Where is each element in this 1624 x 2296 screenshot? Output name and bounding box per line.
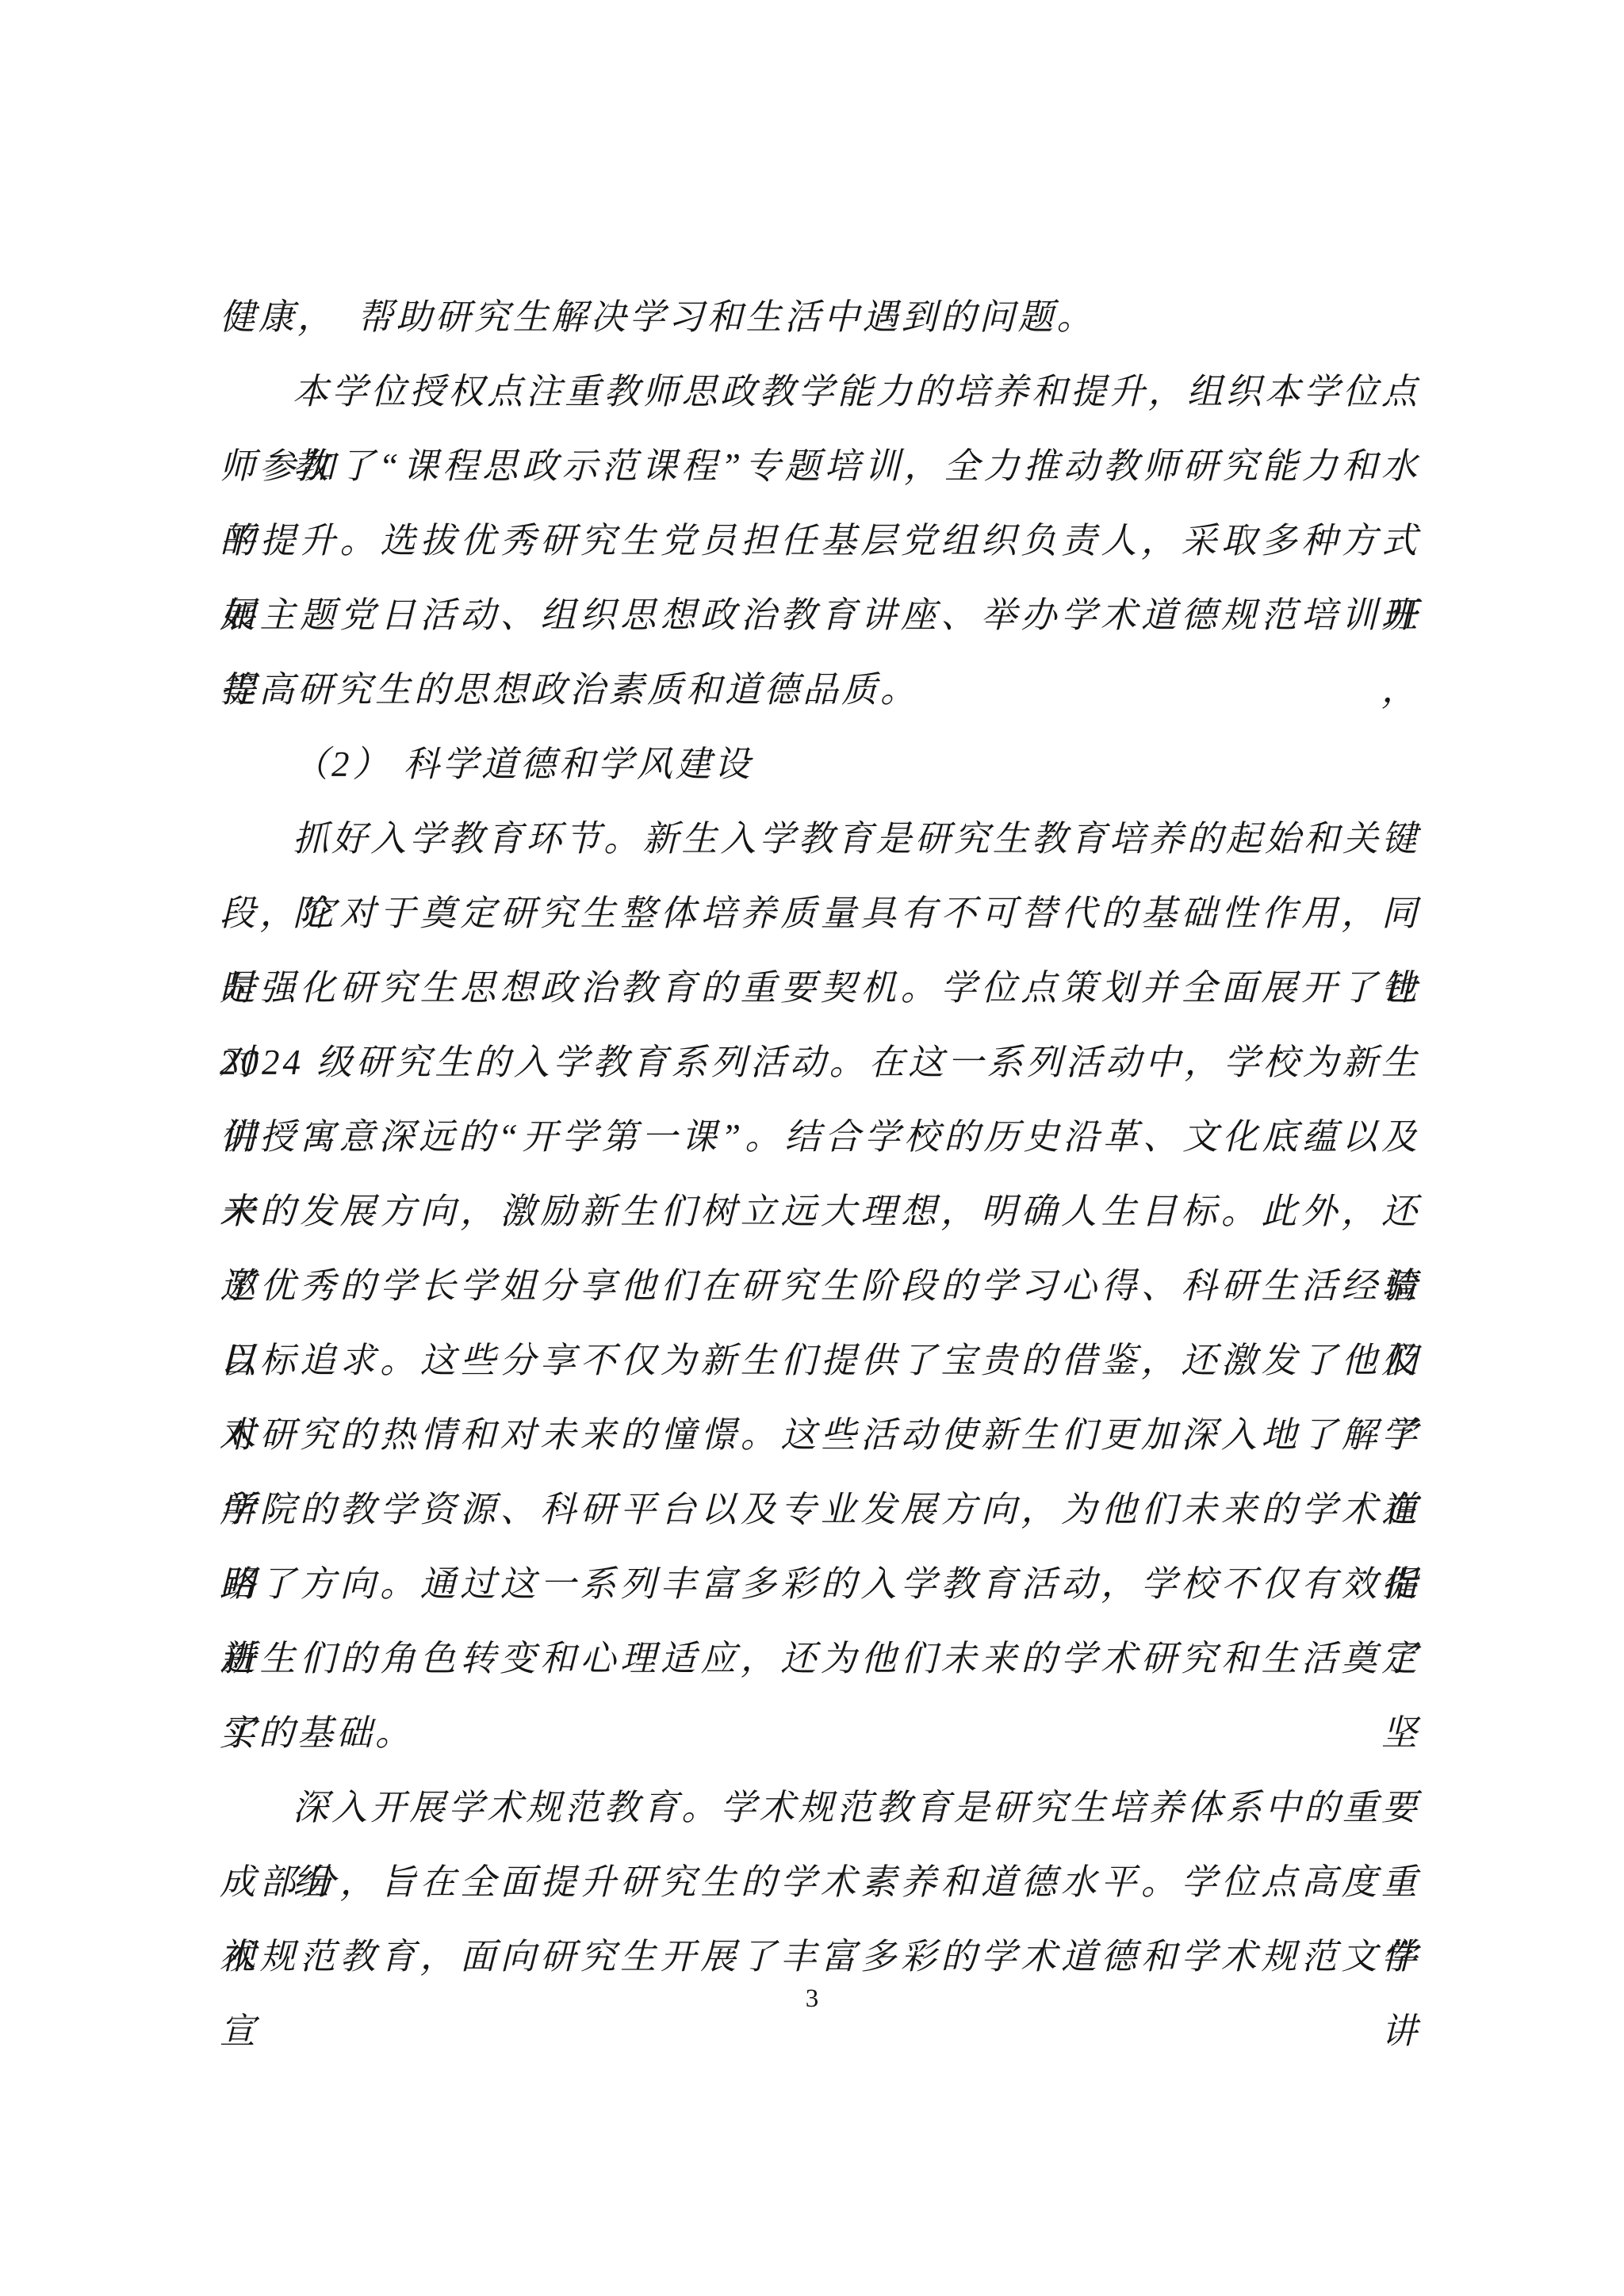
text-line: 2024 级研究生的入学教育系列活动。在这一系列活动中，学校为新生们 bbox=[220, 1025, 1420, 1100]
text-line: 成部分，旨在全面提升研究生的学术素养和道德水平。学位点高度重视学 bbox=[220, 1845, 1420, 1919]
text-line: 来的发展方向，激励新生们树立远大理想，明确人生目标。此外，还邀请 bbox=[220, 1174, 1420, 1249]
text-line: 讲授寓意深远的“开学第一课”。结合学校的历史沿革、文化底蕴以及未 bbox=[220, 1100, 1420, 1174]
text-line: 术研究的热情和对未来的憧憬。这些活动使新生们更加深入地了解了所在 bbox=[220, 1398, 1420, 1472]
text-line: 学院的教学资源、科研平台以及专业发展方向，为他们未来的学术道路指 bbox=[220, 1472, 1420, 1547]
text-line: 明了方向。通过这一系列丰富多彩的入学教育活动，学校不仅有效促进了 bbox=[220, 1547, 1420, 1621]
text-line: 目标追求。这些分享不仅为新生们提供了宝贵的借鉴，还激发了他们对学 bbox=[220, 1323, 1420, 1398]
text-line: 展主题党日活动、组织思想政治教育讲座、举办学术道德规范培训班等， bbox=[220, 578, 1420, 652]
text-line: 段，它对于奠定研究生整体培养质量具有不可替代的基础性作用，同时也 bbox=[220, 876, 1420, 951]
text-line-paragraph-end: 健康， 帮助研究生解决学习和生活中遇到的问题。 bbox=[220, 280, 1420, 354]
text-line: 新生们的角色转变和心理适应，还为他们未来的学术研究和生活奠定了坚 bbox=[220, 1621, 1420, 1696]
document-body: 健康， 帮助研究生解决学习和生活中遇到的问题。 本学位授权点注重教师思政教学能力… bbox=[220, 280, 1420, 1994]
text-line: 师参加了“课程思政示范课程”专题培训，全力推动教师研究能力和水平 bbox=[220, 429, 1420, 503]
text-line-paragraph-start: 本学位授权点注重教师思政教学能力的培养和提升，组织本学位点教 bbox=[220, 354, 1420, 429]
text-line-paragraph-start: 抓好入学教育环节。新生入学教育是研究生教育培养的起始和关键阶 bbox=[220, 802, 1420, 876]
section-heading: （2） 科学道德和学风建设 bbox=[220, 727, 1420, 802]
text-line: 的提升。选拔优秀研究生党员担任基层党组织负责人，采取多种方式如开 bbox=[220, 503, 1420, 578]
text-line: 了优秀的学长学姐分享他们在研究生阶段的学习心得、科研生活经验以及 bbox=[220, 1249, 1420, 1323]
text-line-paragraph-start: 深入开展学术规范教育。学术规范教育是研究生培养体系中的重要组 bbox=[220, 1770, 1420, 1845]
page-number: 3 bbox=[0, 1980, 1624, 2017]
document-page: 健康， 帮助研究生解决学习和生活中遇到的问题。 本学位授权点注重教师思政教学能力… bbox=[0, 0, 1624, 2296]
text-line: 是强化研究生思想政治教育的重要契机。学位点策划并全面展开了针对 bbox=[220, 951, 1420, 1025]
